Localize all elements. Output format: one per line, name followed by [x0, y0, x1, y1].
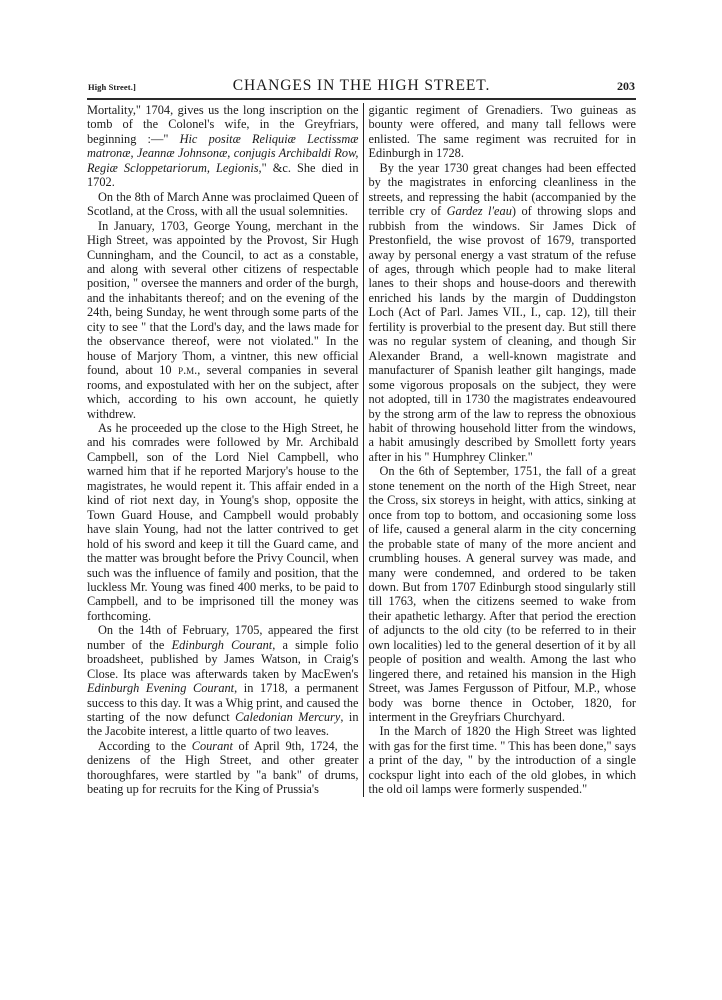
- text-run: On the 8th of March Anne was proclaimed …: [87, 190, 359, 218]
- text-run: gigantic regiment of Grenadiers. Two gui…: [369, 103, 637, 160]
- right-column: gigantic regiment of Grenadiers. Two gui…: [363, 103, 637, 797]
- paragraph: On the 6th of September, 1751, the fall …: [369, 464, 637, 724]
- header-rule: [87, 98, 636, 100]
- italic-text: Edinburgh Courant: [172, 638, 273, 652]
- italic-text: Courant: [192, 739, 233, 753]
- italic-text: Gardez l'eau: [447, 204, 512, 218]
- text-run: As he proceeded up the close to the High…: [87, 421, 359, 623]
- left-column: Mortality," 1704, gives us the long insc…: [87, 103, 363, 797]
- page-number: 203: [617, 79, 635, 94]
- paragraph: According to the Courant of April 9th, 1…: [87, 739, 359, 797]
- text-run: According to the: [98, 739, 192, 753]
- paragraph: Mortality," 1704, gives us the long insc…: [87, 103, 359, 190]
- text-run: On the 6th of September, 1751, the fall …: [369, 464, 637, 724]
- italic-text: Caledonian Mercury: [235, 710, 340, 724]
- text-columns: Mortality," 1704, gives us the long insc…: [87, 103, 636, 797]
- running-head: High Street.] CHANGES IN THE HIGH STREET…: [87, 76, 636, 96]
- text-run: In January, 1703, George Young, merchant…: [87, 219, 359, 378]
- paragraph: In January, 1703, George Young, merchant…: [87, 219, 359, 421]
- text-run: p.m.: [178, 363, 197, 377]
- page-title: CHANGES IN THE HIGH STREET.: [87, 77, 636, 95]
- paragraph: In the March of 1820 the High Street was…: [369, 724, 637, 796]
- paragraph: As he proceeded up the close to the High…: [87, 421, 359, 623]
- paragraph: On the 14th of February, 1705, appeared …: [87, 623, 359, 739]
- book-page: High Street.] CHANGES IN THE HIGH STREET…: [87, 76, 636, 96]
- paragraph: gigantic regiment of Grenadiers. Two gui…: [369, 103, 637, 161]
- paragraph: On the 8th of March Anne was proclaimed …: [87, 190, 359, 219]
- italic-text: Edinburgh Evening Courant: [87, 681, 234, 695]
- text-run: In the March of 1820 the High Street was…: [369, 724, 637, 796]
- text-run: ) of throwing slops and rubbish from the…: [369, 204, 637, 464]
- paragraph: By the year 1730 great changes had been …: [369, 161, 637, 465]
